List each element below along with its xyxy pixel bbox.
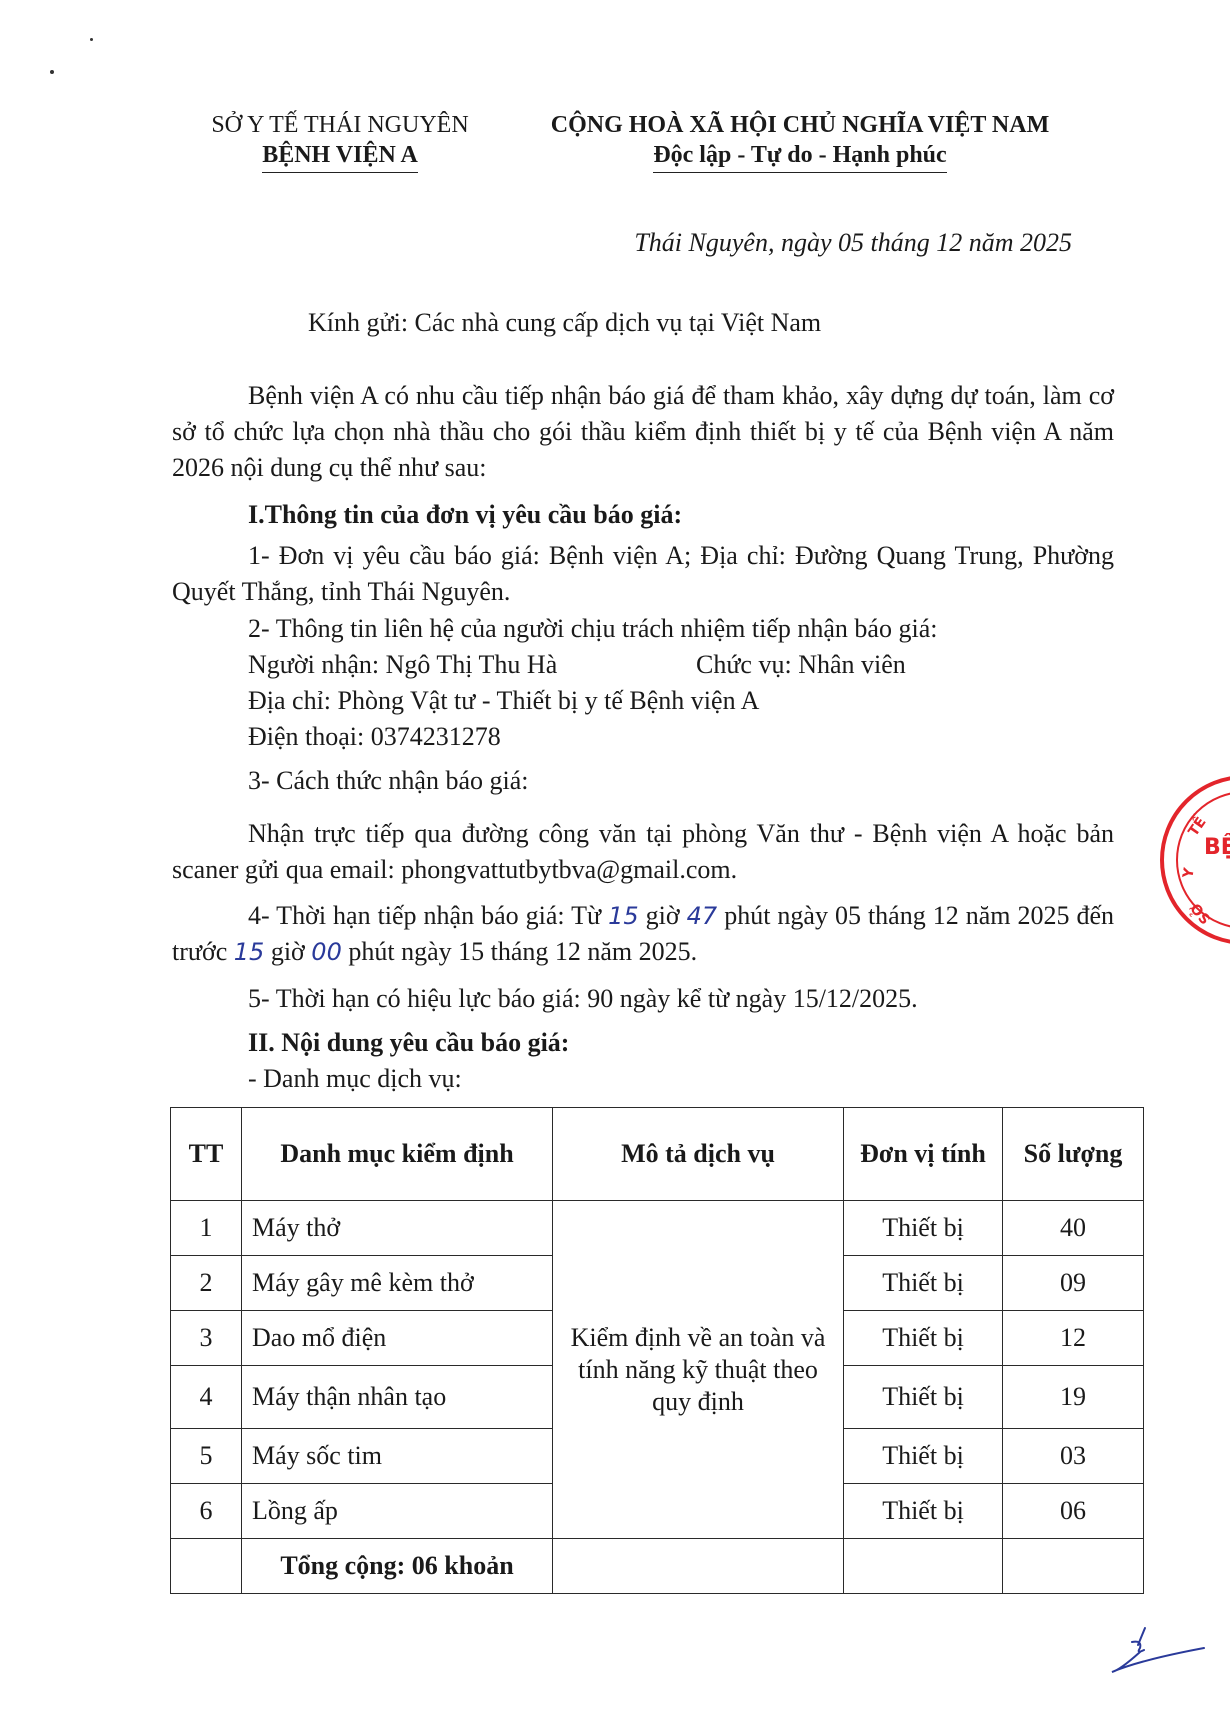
- section-2-title: II. Nội dung yêu cầu báo giá:: [248, 1028, 569, 1058]
- organization-name: BỆNH VIỆN A: [262, 140, 418, 173]
- handwritten-end-minute: 00: [311, 938, 342, 966]
- seal-center-text: BỆ: [1204, 835, 1230, 860]
- date-line: Thái Nguyên, ngày 05 tháng 12 năm 2025: [634, 228, 1072, 258]
- receipt-deadline: 4- Thời hạn tiếp nhận báo giá: Từ 15 giờ…: [172, 898, 1114, 970]
- scan-speck: [50, 70, 54, 74]
- national-header: CỘNG HOÀ XÃ HỘI CHỦ NGHĨA VIỆT NAM Độc l…: [530, 110, 1070, 173]
- header-quantity: Số lượng: [1003, 1108, 1144, 1201]
- quote-validity: 5- Thời hạn có hiệu lực báo giá: 90 ngày…: [248, 984, 918, 1014]
- recipient-position: Chức vụ: Nhân viên: [696, 650, 906, 680]
- greeting: Kính gửi: Các nhà cung cấp dịch vụ tại V…: [308, 308, 821, 338]
- header-category: Danh mục kiểm định: [242, 1108, 553, 1201]
- scan-speck: [90, 38, 93, 41]
- table-row: 1 Máy thở Kiểm định về an toàn và tính n…: [171, 1201, 1144, 1256]
- handwritten-end-hour: 15: [234, 938, 265, 966]
- header-unit: Đơn vị tính: [844, 1108, 1003, 1201]
- total-label: Tổng cộng: 06 khoản: [242, 1539, 553, 1594]
- table-total-row: Tổng cộng: 06 khoản: [171, 1539, 1144, 1594]
- service-description: Kiểm định về an toàn và tính năng kỹ thu…: [553, 1201, 844, 1539]
- service-table: TT Danh mục kiểm định Mô tả dịch vụ Đơn …: [170, 1107, 1144, 1594]
- receipt-method-body: Nhận trực tiếp qua đường công văn tại ph…: [172, 816, 1114, 888]
- contact-info-title: 2- Thông tin liên hệ của người chịu trác…: [248, 614, 937, 644]
- contact-address: Địa chỉ: Phòng Vật tư - Thiết bị y tế Bệ…: [248, 686, 759, 716]
- table-header-row: TT Danh mục kiểm định Mô tả dịch vụ Đơn …: [171, 1108, 1144, 1201]
- issuing-organization: SỞ Y TẾ THÁI NGUYÊN BỆNH VIỆN A: [180, 110, 500, 173]
- handwritten-start-hour: 15: [608, 902, 639, 930]
- signature-initial-icon: [1100, 1620, 1210, 1680]
- national-motto: Độc lập - Tự do - Hạnh phúc: [653, 140, 946, 173]
- receipt-method-title: 3- Cách thức nhận báo giá:: [248, 766, 529, 796]
- recipient-name: Người nhận: Ngô Thị Thu Hà: [248, 650, 557, 680]
- contact-phone: Điện thoại: 0374231278: [248, 722, 501, 752]
- header-description: Mô tả dịch vụ: [553, 1108, 844, 1201]
- intro-paragraph: Bệnh viện A có nhu cầu tiếp nhận báo giá…: [172, 378, 1114, 486]
- official-seal-stamp: BỆ Y TẾ SỞ: [1160, 775, 1230, 945]
- header-tt: TT: [171, 1108, 242, 1201]
- requesting-unit: 1- Đơn vị yêu cầu báo giá: Bệnh viện A; …: [172, 538, 1114, 610]
- parent-organization: SỞ Y TẾ THÁI NGUYÊN: [180, 110, 500, 140]
- handwritten-start-minute: 47: [687, 902, 718, 930]
- service-list-label: - Danh mục dịch vụ:: [248, 1064, 462, 1094]
- nation-title: CỘNG HOÀ XÃ HỘI CHỦ NGHĨA VIỆT NAM: [530, 110, 1070, 140]
- section-1-title: I.Thông tin của đơn vị yêu cầu báo giá:: [248, 500, 682, 530]
